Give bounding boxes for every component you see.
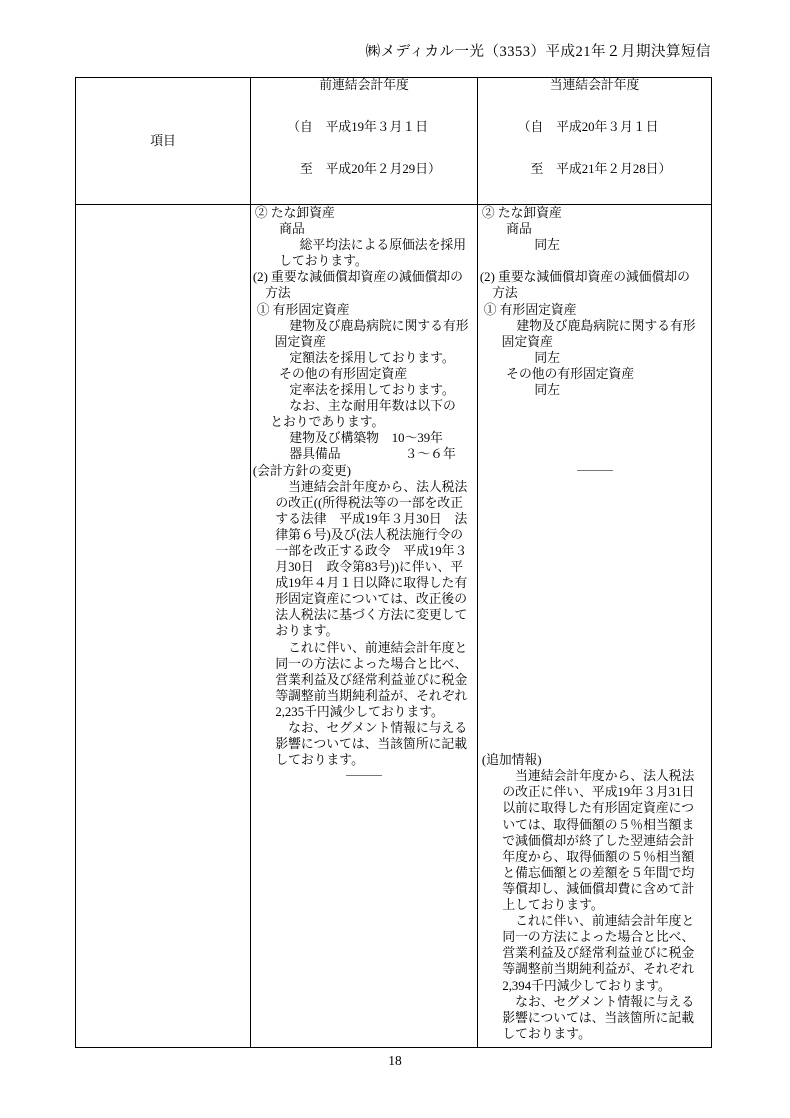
- text-line: 商品: [478, 221, 711, 237]
- text-line: (2) 重要な減価償却資産の減価償却の: [251, 269, 477, 285]
- text-line: 同左: [478, 237, 711, 253]
- text-line: [478, 575, 711, 591]
- text-line: 影響については、当該箇所に記載: [478, 1010, 711, 1026]
- text-line: (追加情報): [478, 752, 711, 768]
- text-line: なお、セグメント情報に与える: [478, 994, 711, 1010]
- none-dash-line: [478, 463, 711, 479]
- text-line: [478, 479, 711, 495]
- text-line: 形固定資産については、改正後の: [251, 591, 477, 607]
- curr-year-title: 当連結会計年度: [478, 78, 711, 92]
- text-line: 固定資産: [251, 334, 477, 350]
- text-line: [478, 720, 711, 736]
- item-cell-empty: [76, 205, 251, 1048]
- text-line: しております。: [251, 752, 477, 768]
- text-line: 同左: [478, 350, 711, 366]
- page-number: 18: [0, 1053, 790, 1069]
- text-line: その他の有形固定資産: [478, 366, 711, 382]
- curr-year-to: 至 平成21年２月28日）: [518, 162, 672, 176]
- text-line: 当連結会計年度から、法人税法: [478, 768, 711, 784]
- text-line: 同一の方法によった場合と比べ、: [478, 929, 711, 945]
- text-line: する法律 平成19年３月30日 法: [251, 511, 477, 527]
- text-line: 商品: [251, 221, 477, 237]
- text-line: 同一の方法によった場合と比べ、: [251, 656, 477, 672]
- prev-year-cell: ② たな卸資産商品総平均法による原価法を採用しております。(2) 重要な減価償却…: [251, 205, 478, 1048]
- text-line: これに伴い、前連結会計年度と: [478, 913, 711, 929]
- text-line: 定率法を採用しております。: [251, 382, 477, 398]
- text-line: [478, 511, 711, 527]
- text-line: [478, 527, 711, 543]
- text-line: [478, 559, 711, 575]
- none-dash-line: [251, 768, 477, 784]
- text-line: 上しております。: [478, 897, 711, 913]
- text-line: [478, 640, 711, 656]
- text-line: 方法: [251, 285, 477, 301]
- text-line: しております。: [478, 1026, 711, 1042]
- text-line: 等調整前当期純利益が、それぞれ: [251, 688, 477, 704]
- text-line: 建物及び鹿島病院に関する有形: [478, 318, 711, 334]
- text-line: とおりであります。: [251, 414, 477, 430]
- text-line: ② たな卸資産: [251, 205, 477, 221]
- text-line: 律第６号)及び(法人税法施行令の: [251, 527, 477, 543]
- text-line: [478, 736, 711, 752]
- text-line: しております。: [251, 253, 477, 269]
- prev-year-to: 至 平成20年２月29日）: [287, 162, 441, 176]
- accounting-policy-table: 項目 前連結会計年度 （自 平成19年３月１日 至 平成20年２月29日） 当連…: [75, 77, 712, 1048]
- text-line: 器具備品 ３～６年: [251, 446, 477, 462]
- text-line: 以前に取得した有形固定資産につ: [478, 800, 711, 816]
- text-line: 月30日 政令第83号))に伴い、平: [251, 559, 477, 575]
- curr-year-period: （自 平成20年３月１日 至 平成21年２月28日）: [518, 92, 672, 204]
- column-header-prev-year: 前連結会計年度 （自 平成19年３月１日 至 平成20年２月29日）: [251, 78, 478, 205]
- text-line: 建物及び鹿島病院に関する有形: [251, 318, 477, 334]
- text-line: [478, 688, 711, 704]
- text-line: [478, 398, 711, 414]
- text-line: なお、主な耐用年数は以下の: [251, 398, 477, 414]
- column-header-item: 項目: [76, 78, 251, 205]
- text-line: [478, 446, 711, 462]
- text-line: ② たな卸資産: [478, 205, 711, 221]
- text-line: 影響については、当該箇所に記載: [251, 736, 477, 752]
- text-line: 定額法を採用しております。: [251, 350, 477, 366]
- text-line: 方法: [478, 285, 711, 301]
- text-line: いては、取得価額の５％相当額ま: [478, 817, 711, 833]
- text-line: の改正に伴い、平成19年３月31日: [478, 784, 711, 800]
- dash-rule: [346, 775, 382, 776]
- text-line: 営業利益及び経常利益並びに税金: [478, 945, 711, 961]
- text-line: 建物及び構築物 10～39年: [251, 430, 477, 446]
- text-line: [478, 543, 711, 559]
- text-line: 2,394千円減少しております。: [478, 978, 711, 994]
- text-line: [478, 430, 711, 446]
- text-line: [478, 656, 711, 672]
- text-line: と備忘価額との差額を５年間で均: [478, 865, 711, 881]
- text-line: 等償却し、減価償却費に含めて計: [478, 881, 711, 897]
- prev-year-title: 前連結会計年度: [251, 78, 477, 92]
- text-line: [478, 414, 711, 430]
- text-line: (会計方針の変更): [251, 463, 477, 479]
- text-line: 法人税法に基づく方法に変更して: [251, 607, 477, 623]
- dash-rule: [577, 470, 613, 471]
- text-line: 営業利益及び経常利益並びに税金: [251, 672, 477, 688]
- text-line: [478, 672, 711, 688]
- text-line: 同左: [478, 382, 711, 398]
- text-line: [478, 591, 711, 607]
- text-line: その他の有形固定資産: [251, 366, 477, 382]
- text-line: おります。: [251, 623, 477, 639]
- table-header-row: 項目 前連結会計年度 （自 平成19年３月１日 至 平成20年２月29日） 当連…: [76, 78, 712, 205]
- text-line: [478, 607, 711, 623]
- table-body-row: ② たな卸資産商品総平均法による原価法を採用しております。(2) 重要な減価償却…: [76, 205, 712, 1048]
- text-line: で減価償却が終了した翌連結会計: [478, 833, 711, 849]
- text-line: ① 有形固定資産: [251, 302, 477, 318]
- text-line: 2,235千円減少しております。: [251, 704, 477, 720]
- text-line: 等調整前当期純利益が、それぞれ: [478, 961, 711, 977]
- text-line: 一部を改正する政令 平成19年３: [251, 543, 477, 559]
- prev-year-from: （自 平成19年３月１日: [287, 120, 441, 134]
- text-line: なお、セグメント情報に与える: [251, 720, 477, 736]
- document-page: ㈱メディカル一光（3353）平成21年２月期決算短信 項目 前連結会計年度 （自…: [0, 0, 790, 1118]
- text-line: これに伴い、前連結会計年度と: [251, 640, 477, 656]
- text-line: (2) 重要な減価償却資産の減価償却の: [478, 269, 711, 285]
- text-line: [478, 495, 711, 511]
- text-line: [478, 704, 711, 720]
- text-line: [478, 253, 711, 269]
- column-header-curr-year: 当連結会計年度 （自 平成20年３月１日 至 平成21年２月28日）: [478, 78, 712, 205]
- text-line: 当連結会計年度から、法人税法: [251, 479, 477, 495]
- curr-year-cell: ② たな卸資産商品同左 (2) 重要な減価償却資産の減価償却の方法① 有形固定資…: [478, 205, 712, 1048]
- document-title: ㈱メディカル一光（3353）平成21年２月期決算短信: [366, 40, 711, 61]
- text-line: の改正((所得税法等の一部を改正: [251, 495, 477, 511]
- prev-year-period: （自 平成19年３月１日 至 平成20年２月29日）: [287, 92, 441, 204]
- text-line: ① 有形固定資産: [478, 302, 711, 318]
- text-line: 成19年４月１日以降に取得した有: [251, 575, 477, 591]
- text-line: [478, 623, 711, 639]
- text-line: 年度から、取得価額の５％相当額: [478, 849, 711, 865]
- text-line: 固定資産: [478, 334, 711, 350]
- text-line: 総平均法による原価法を採用: [251, 237, 477, 253]
- curr-year-from: （自 平成20年３月１日: [518, 120, 672, 134]
